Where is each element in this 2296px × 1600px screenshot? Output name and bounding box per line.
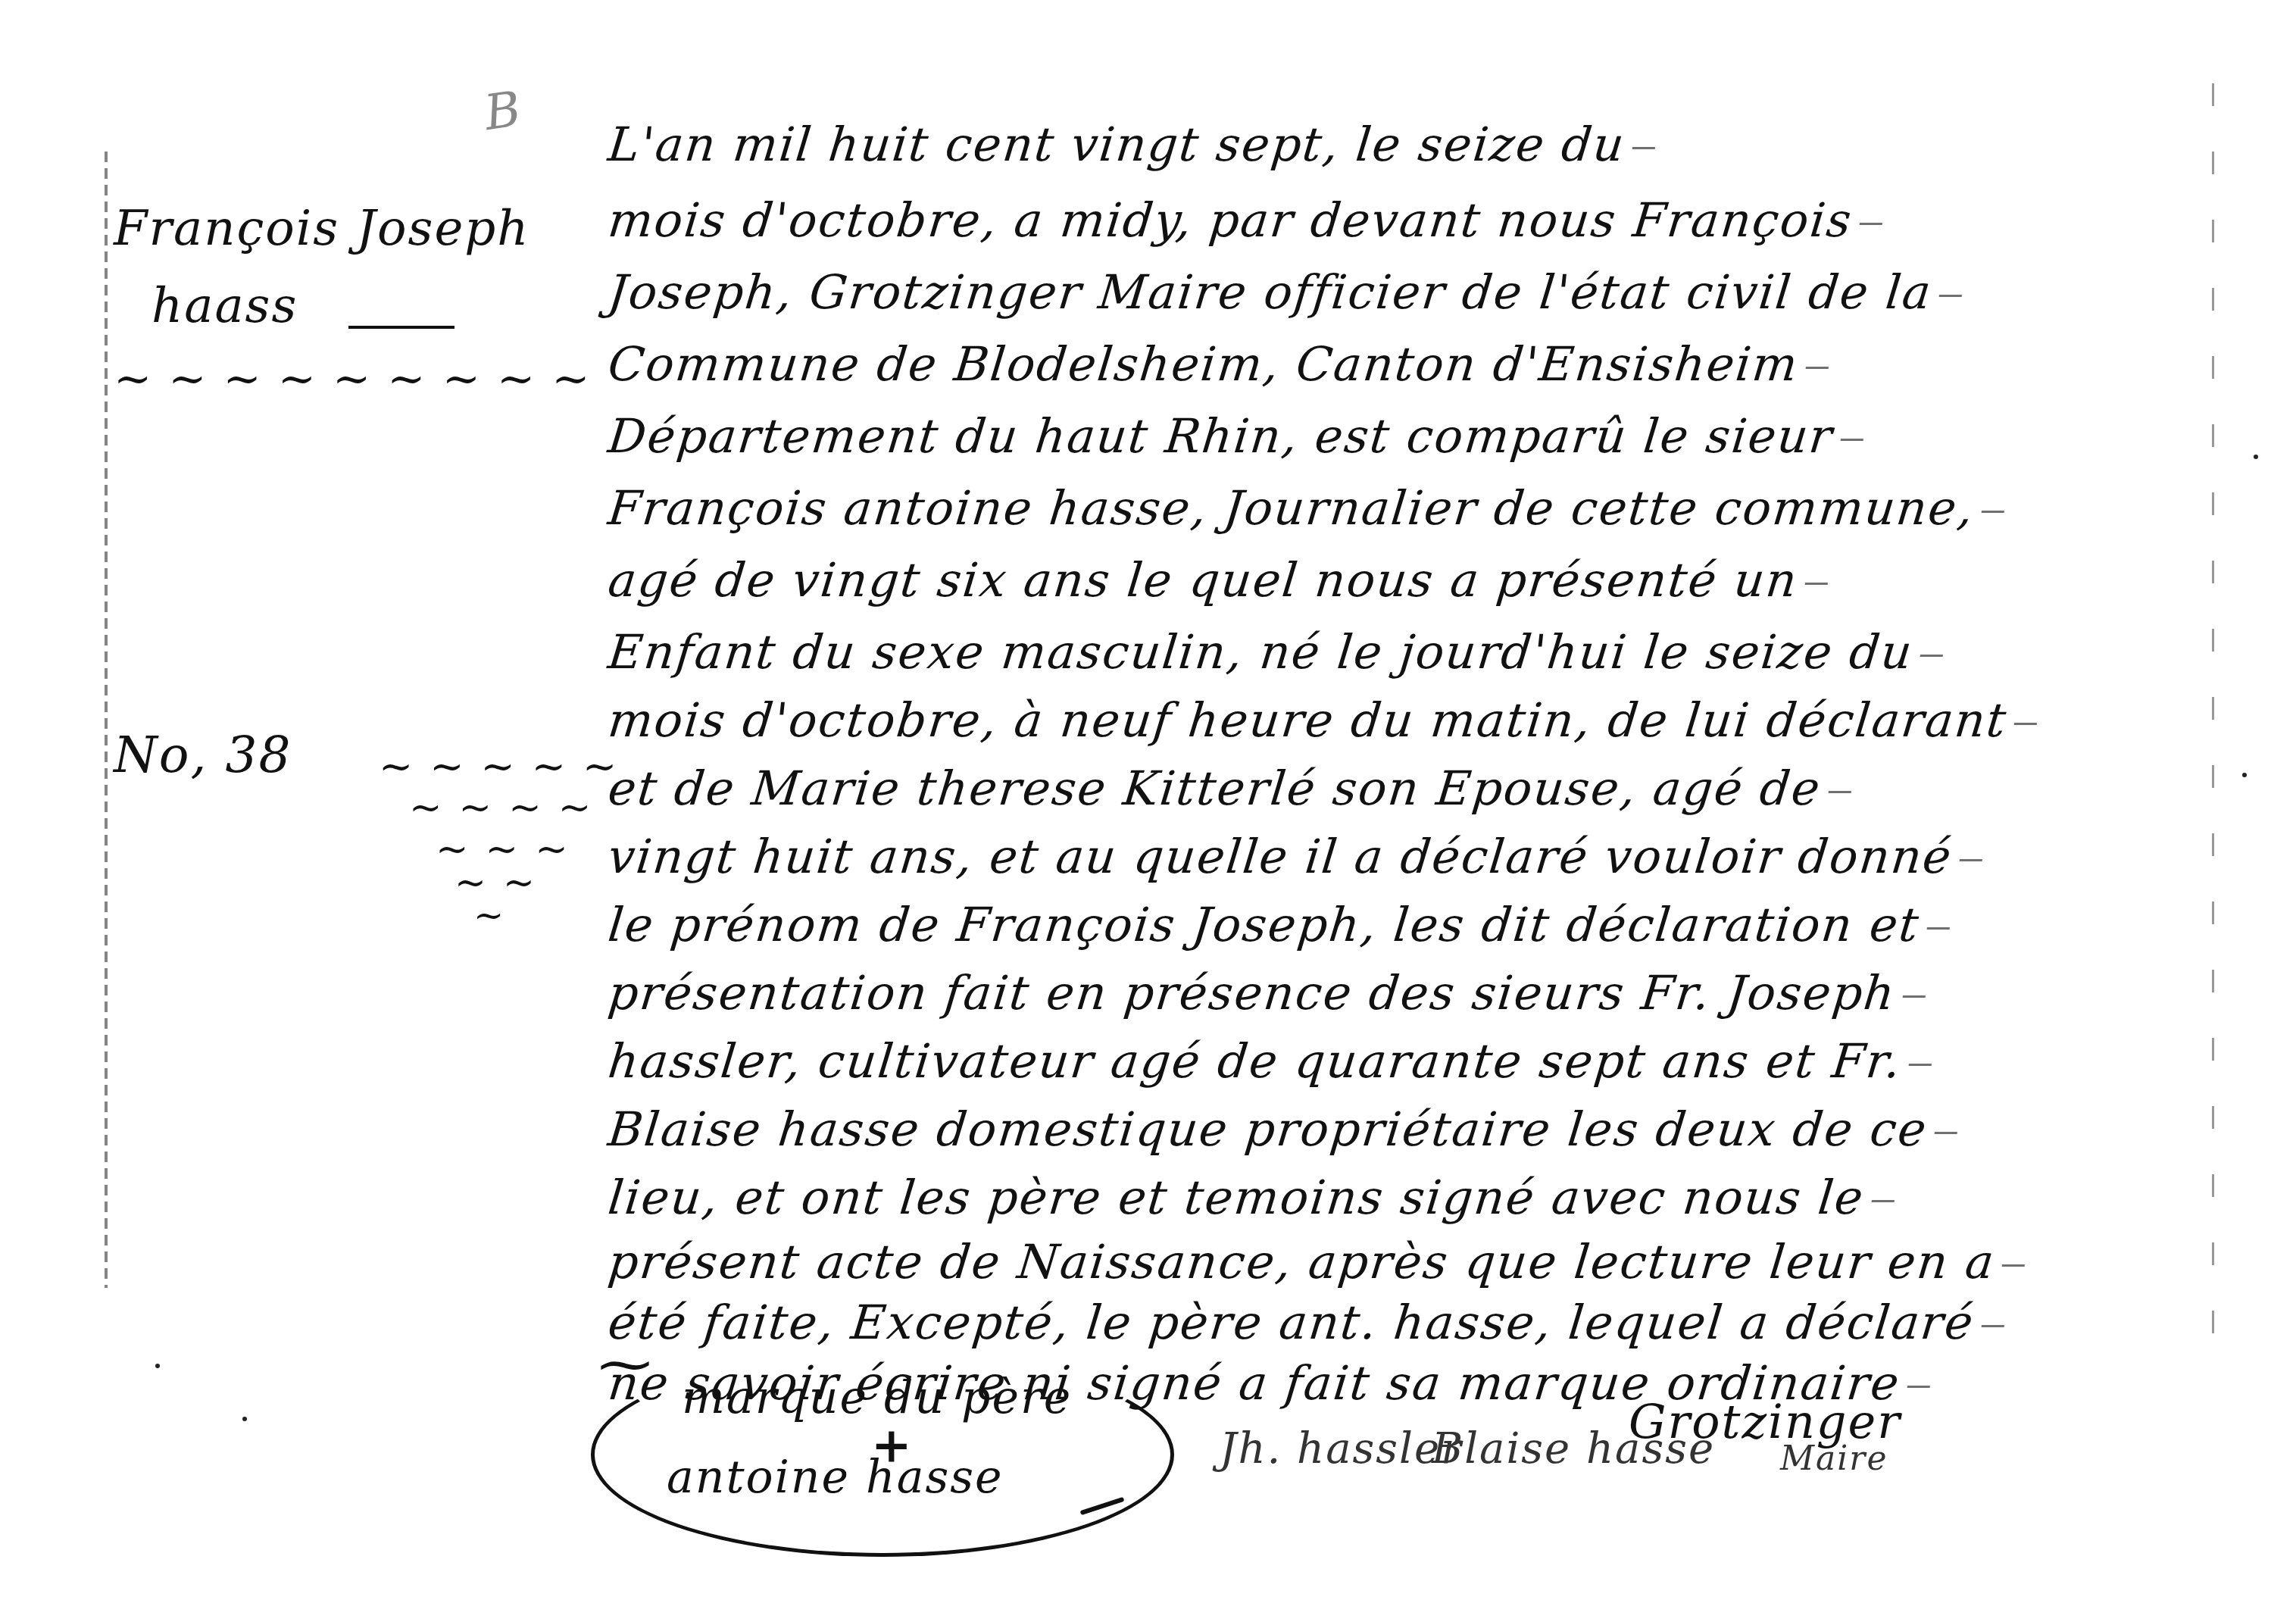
body-line-6: François antoine hasse, Journalier de ce… [606,485,2007,532]
body-line-7: agé de vingt six ans le quel nous a prés… [606,557,1831,604]
register-number: No, 38 [114,726,292,784]
corner-mark: B [481,81,526,142]
margin-child-name-surname: haass [152,282,298,330]
margin-filler-row: ~~~~~~~~~ [114,356,606,402]
father-name: antoine hasse [667,1451,1004,1504]
left-margin-rule [105,152,108,1288]
margin-filler-row-5: ~ [473,898,520,934]
body-line-17: présent acte de Naissance, après que lec… [606,1239,2028,1286]
body-line-16: lieu, et ont les père et temoins signé a… [606,1174,1897,1221]
mayor-title: Maire [1780,1439,1888,1478]
scan-speck [155,1364,160,1368]
body-line-12: le prénom de François Joseph, les dit dé… [606,902,1952,948]
margin-filler-row-2: ~~~~ [409,788,608,827]
body-line-15: Blaise hasse domestique propriétaire les… [606,1106,1960,1153]
scan-speck [2242,773,2247,777]
scan-speck [242,1417,247,1421]
register-page: B François Joseph haass ~~~~~~~~~ No, 38… [0,0,2296,1600]
margin-filler-row-1: ~~~~~ [379,746,633,787]
body-line-5: Département du haut Rhin, est comparû le… [606,413,1866,460]
body-line-9: mois d'octobre, à neuf heure du matin, d… [606,697,2040,744]
body-line-4: Commune de Blodelsheim, Canton d'Ensishe… [606,341,1831,388]
body-line-18: été faite, Excepté, le père ant. hasse, … [606,1299,2007,1346]
body-line-8: Enfant du sexe masculin, né le jourd'hui… [606,629,1946,676]
margin-child-name-first: François Joseph [114,205,530,253]
body-line-2: mois d'octobre, a midy, par devant nous … [606,197,1885,244]
scan-speck [2254,455,2258,459]
witness-signature-1: Jh. hassler [1220,1424,1463,1473]
body-line-13: présentation fait en présence des sieurs… [606,970,1929,1017]
margin-name-underline [348,326,455,329]
body-line-1: L'an mil huit cent vingt sept, le seize … [606,121,1658,168]
right-margin-rule [2212,83,2214,1371]
body-line-14: hassler, cultivateur agé de quarante sep… [606,1038,1935,1085]
oval-flourish: ⁓ [598,1333,653,1395]
body-line-11: vingt huit ans, et au quelle il a déclar… [606,833,1985,880]
body-line-10: et de Marie therese Kitterlé son Epouse,… [606,765,1854,812]
body-line-3: Joseph, Grotzinger Maire officier de l'é… [606,269,1965,316]
